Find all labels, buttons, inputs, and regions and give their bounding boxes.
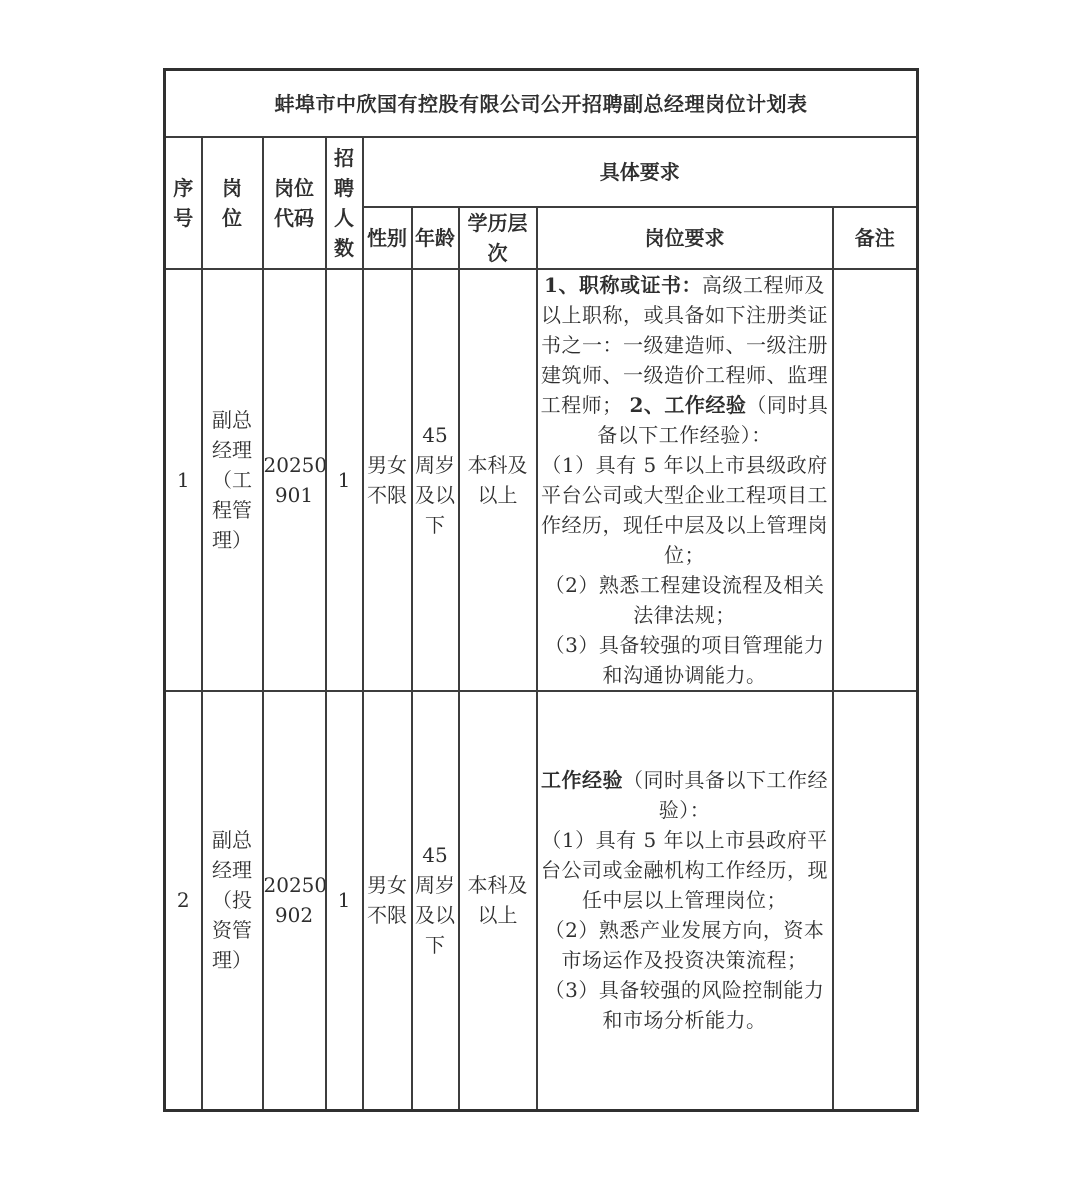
- row2-serial-number: 2: [165, 691, 202, 1110]
- requirement-text-segment: （2）熟悉产业发展方向，资本市场运作及投资决策流程；: [545, 918, 825, 972]
- row2-position-requirements: 工作经验（同时具备以下工作经验）： （1）具有 5 年以上市县政府平台公司或金融…: [537, 691, 833, 1110]
- header-gender: 性别: [363, 207, 412, 269]
- row2-education-level: 本科及 以上: [459, 691, 537, 1110]
- row2-recruit-count: 1: [326, 691, 363, 1110]
- row2-remarks: [833, 691, 918, 1110]
- row2-position-code: 20250 902: [263, 691, 326, 1110]
- header-position-requirements: 岗位要求: [537, 207, 833, 269]
- table-row: 1 副总 经理 （工 程管 理） 20250 901 1 男女 不限 45 周岁…: [165, 269, 918, 691]
- recruitment-plan-table: 蚌埠市中欣国有控股有限公司公开招聘副总经理岗位计划表 序 号 岗 位 岗位 代码…: [163, 68, 919, 1112]
- row2-age: 45 周岁 及以 下: [412, 691, 459, 1110]
- requirement-text-segment: （同时具备以下工作经验）：: [623, 768, 828, 822]
- header-position: 岗 位: [202, 137, 263, 269]
- row2-gender: 男女 不限: [363, 691, 412, 1110]
- row1-position: 副总 经理 （工 程管 理）: [202, 269, 263, 691]
- header-education-level: 学历层 次: [459, 207, 537, 269]
- row1-position-code: 20250 901: [263, 269, 326, 691]
- header-specific-requirements-group: 具体要求: [363, 137, 918, 207]
- requirement-text-segment: （3）具备较强的风险控制能力和市场分析能力。: [545, 978, 825, 1032]
- header-recruit-count: 招 聘 人 数: [326, 137, 363, 269]
- title-row: 蚌埠市中欣国有控股有限公司公开招聘副总经理岗位计划表: [165, 70, 918, 138]
- table-title: 蚌埠市中欣国有控股有限公司公开招聘副总经理岗位计划表: [165, 70, 918, 138]
- requirement-text-segment: （1）具有 5 年以上市县级政府平台公司或大型企业工程项目工作经历，现任中层及以…: [541, 453, 828, 567]
- row2-position: 副总 经理 （投 资管 理）: [202, 691, 263, 1110]
- requirement-bold-segment: 2、工作经验: [629, 393, 746, 417]
- row1-position-requirements: 1、职称或证书：高级工程师及以上职称，或具备如下注册类证书之一：一级建造师、一级…: [537, 269, 833, 691]
- recruitment-plan-table-wrapper: 蚌埠市中欣国有控股有限公司公开招聘副总经理岗位计划表 序 号 岗 位 岗位 代码…: [163, 68, 916, 1112]
- row1-gender: 男女 不限: [363, 269, 412, 691]
- row1-remarks: [833, 269, 918, 691]
- table-row: 2 副总 经理 （投 资管 理） 20250 902 1 男女 不限 45 周岁…: [165, 691, 918, 1110]
- requirement-text-segment: （3）具备较强的项目管理能力和沟通协调能力。: [545, 633, 825, 687]
- requirement-bold-segment: 工作经验: [541, 768, 623, 792]
- header-row-1: 序 号 岗 位 岗位 代码 招 聘 人 数 具体要求: [165, 137, 918, 207]
- requirement-bold-segment: 1、职称或证书：: [544, 273, 702, 297]
- row1-serial-number: 1: [165, 269, 202, 691]
- document-page: { "table": { "title": "蚌埠市中欣国有控股有限公司公开招聘…: [0, 0, 1080, 1185]
- header-remarks: 备注: [833, 207, 918, 269]
- row1-recruit-count: 1: [326, 269, 363, 691]
- row1-age: 45 周岁 及以 下: [412, 269, 459, 691]
- row1-education-level: 本科及 以上: [459, 269, 537, 691]
- header-serial-number: 序 号: [165, 137, 202, 269]
- header-position-code: 岗位 代码: [263, 137, 326, 269]
- requirement-text-segment: （2）熟悉工程建设流程及相关法律法规；: [545, 573, 825, 627]
- requirement-text-segment: （1）具有 5 年以上市县政府平台公司或金融机构工作经历，现任中层以上管理岗位；: [541, 828, 828, 912]
- header-age: 年龄: [412, 207, 459, 269]
